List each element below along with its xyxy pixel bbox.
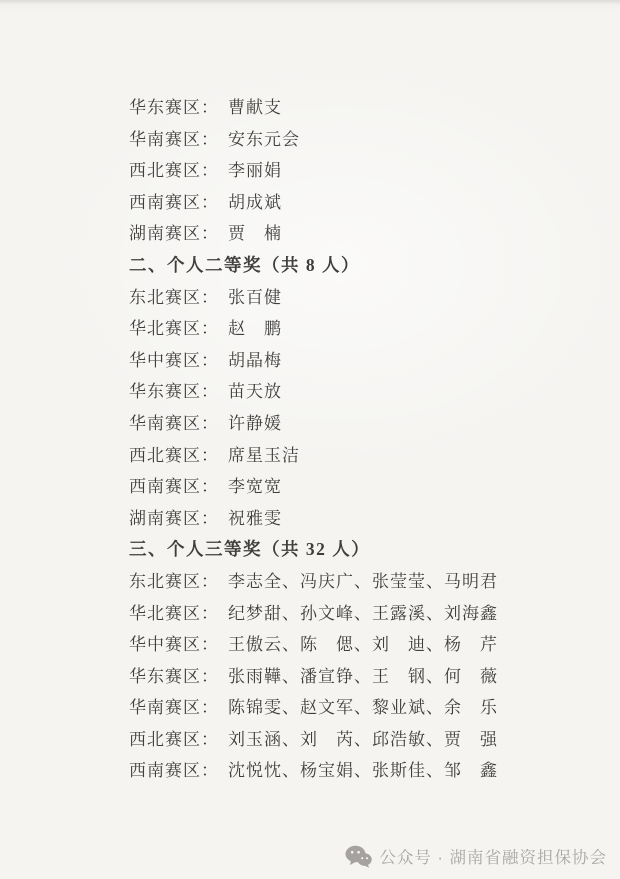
region-label: 华中赛区： xyxy=(129,351,219,370)
region-label: 湖南赛区： xyxy=(129,509,219,528)
award-row: 华南赛区：安东元会 xyxy=(129,124,590,156)
winner-names: 纪梦甜、孙文峰、王露溪、刘海鑫 xyxy=(228,604,498,623)
award-row: 西南赛区：沈悦忱、杨宝娟、张斯佳、邹 鑫 xyxy=(129,755,590,787)
winner-names: 苗天放 xyxy=(228,382,282,401)
winner-names: 许静媛 xyxy=(228,414,282,433)
region-label: 华东赛区： xyxy=(129,382,219,401)
award-row: 华北赛区：纪梦甜、孙文峰、王露溪、刘海鑫 xyxy=(129,598,590,630)
award-row: 华南赛区：陈锦雯、赵文军、黎业斌、余 乐 xyxy=(129,692,590,724)
award-row: 华中赛区：王傲云、陈 偲、刘 迪、杨 芹 xyxy=(129,629,590,661)
region-label: 华南赛区： xyxy=(129,414,219,433)
winner-names: 席星玉洁 xyxy=(228,446,300,465)
award-row: 湖南赛区：祝雅雯 xyxy=(129,503,590,535)
winner-names: 贾 楠 xyxy=(228,224,282,243)
winner-names: 张百健 xyxy=(228,288,282,307)
region-label: 东北赛区： xyxy=(129,572,219,591)
wechat-icon xyxy=(345,845,372,868)
award-row: 西北赛区：李丽娟 xyxy=(129,155,590,187)
section-heading-third-prize: 三、个人三等奖（共 32 人） xyxy=(129,534,590,566)
region-label: 华南赛区： xyxy=(129,698,219,717)
region-label: 华南赛区： xyxy=(129,130,219,149)
winner-names: 刘玉涵、刘 芮、邱浩敏、贾 强 xyxy=(228,730,498,749)
region-label: 西北赛区： xyxy=(129,161,219,180)
region-label: 东北赛区： xyxy=(129,288,219,307)
winner-names: 胡成斌 xyxy=(228,193,282,212)
award-row: 西北赛区：席星玉洁 xyxy=(129,440,590,472)
award-row: 华东赛区：苗天放 xyxy=(129,376,590,408)
winner-names: 李宽宽 xyxy=(228,477,282,496)
winner-names: 赵 鹏 xyxy=(228,319,282,338)
award-row: 华东赛区：曹献支 xyxy=(129,92,590,124)
region-label: 华中赛区： xyxy=(129,635,219,654)
award-row: 西南赛区：胡成斌 xyxy=(129,187,590,219)
region-label: 华北赛区： xyxy=(129,604,219,623)
winner-names: 曹献支 xyxy=(228,98,282,117)
winner-names: 张雨鞾、潘宣铮、王 钢、何 薇 xyxy=(228,667,498,686)
award-document: 华东赛区：曹献支 华南赛区：安东元会 西北赛区：李丽娟 西南赛区：胡成斌 湖南赛… xyxy=(129,92,590,787)
winner-names: 沈悦忱、杨宝娟、张斯佳、邹 鑫 xyxy=(228,761,498,780)
winner-names: 李志全、冯庆广、张莹莹、马明君 xyxy=(228,572,498,591)
award-row: 西北赛区：刘玉涵、刘 芮、邱浩敏、贾 强 xyxy=(129,724,590,756)
winner-names: 胡晶梅 xyxy=(228,351,282,370)
region-label: 西南赛区： xyxy=(129,193,219,212)
footer-text: 公众号 · 湖南省融资担保协会 xyxy=(379,844,607,868)
section-heading-second-prize: 二、个人二等奖（共 8 人） xyxy=(129,250,590,282)
region-label: 华北赛区： xyxy=(129,319,219,338)
region-label: 西北赛区： xyxy=(129,730,219,749)
region-label: 西南赛区： xyxy=(129,761,219,780)
award-row: 东北赛区：李志全、冯庆广、张莹莹、马明君 xyxy=(129,566,590,598)
award-row: 西南赛区：李宽宽 xyxy=(129,471,590,503)
award-row: 东北赛区：张百健 xyxy=(129,282,590,314)
winner-names: 王傲云、陈 偲、刘 迪、杨 芹 xyxy=(228,635,498,654)
award-row: 华中赛区：胡晶梅 xyxy=(129,345,590,377)
region-label: 华东赛区： xyxy=(129,667,219,686)
region-label: 湖南赛区： xyxy=(129,224,219,243)
winner-names: 李丽娟 xyxy=(228,161,282,180)
region-label: 西南赛区： xyxy=(129,477,219,496)
section-third-prize: 三、个人三等奖（共 32 人） 东北赛区：李志全、冯庆广、张莹莹、马明君 华北赛… xyxy=(129,534,590,787)
section-first-prize-continued: 华东赛区：曹献支 华南赛区：安东元会 西北赛区：李丽娟 西南赛区：胡成斌 湖南赛… xyxy=(129,92,590,250)
region-label: 华东赛区： xyxy=(129,98,219,117)
award-row: 湖南赛区：贾 楠 xyxy=(129,218,590,250)
section-second-prize: 二、个人二等奖（共 8 人） 东北赛区：张百健 华北赛区：赵 鹏 华中赛区：胡晶… xyxy=(129,250,590,534)
award-row: 华东赛区：张雨鞾、潘宣铮、王 钢、何 薇 xyxy=(129,661,590,693)
award-row: 华北赛区：赵 鹏 xyxy=(129,313,590,345)
region-label: 西北赛区： xyxy=(129,446,219,465)
winner-names: 祝雅雯 xyxy=(228,509,282,528)
winner-names: 陈锦雯、赵文军、黎业斌、余 乐 xyxy=(228,698,498,717)
award-row: 华南赛区：许静媛 xyxy=(129,408,590,440)
winner-names: 安东元会 xyxy=(228,130,300,149)
wechat-footer: 公众号 · 湖南省融资担保协会 xyxy=(345,844,607,868)
